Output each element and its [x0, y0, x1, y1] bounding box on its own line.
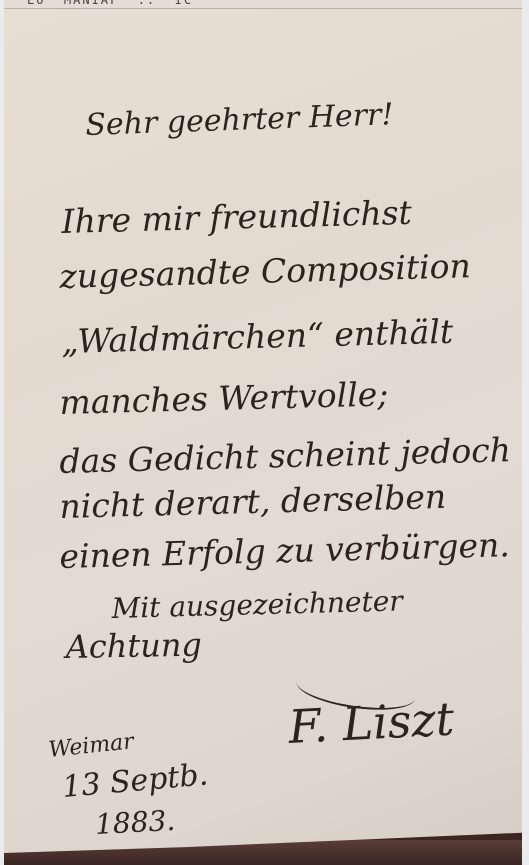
- top-strip-text: LO MANIAF .. IC: [27, 0, 193, 7]
- closing-line: Achtung: [65, 626, 202, 666]
- right-margin: [522, 0, 529, 865]
- signature: F. Liszt: [287, 691, 455, 754]
- top-paper-strip: LO MANIAF .. IC: [3, 0, 523, 9]
- year: 1883.: [94, 804, 176, 841]
- left-margin: [0, 0, 4, 865]
